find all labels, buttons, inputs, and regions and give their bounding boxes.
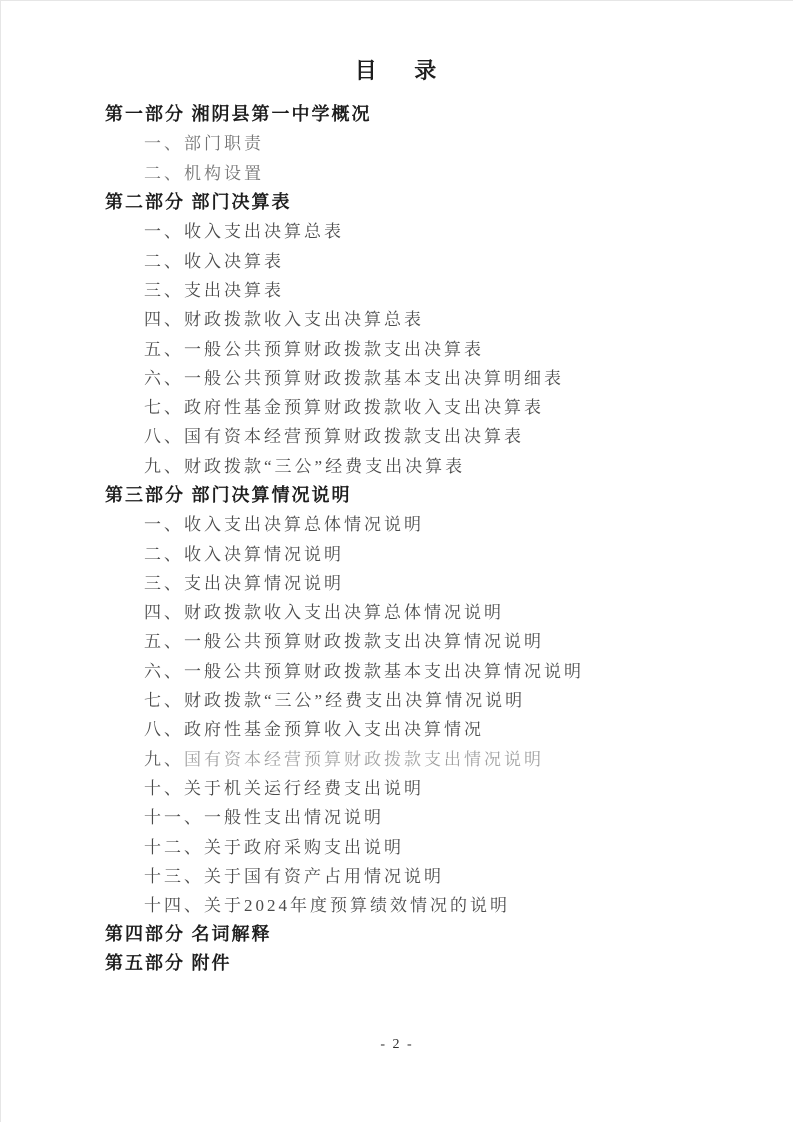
toc-item: 一、收入支出决算总表 [1,215,793,244]
page-title: 目 录 [1,54,793,85]
toc-item: 三、支出决算表 [1,274,793,303]
toc-item-muted: 九、国有资本经营预算财政拨款支出情况说明 [1,743,793,772]
toc-item: 四、财政拨款收入支出决算总表 [1,303,793,332]
toc-section-part4: 第四部分 名词解释 [1,918,793,947]
toc-section-part2: 第二部分 部门决算表 [1,186,793,215]
toc-item: 十三、关于国有资产占用情况说明 [1,860,793,889]
toc-item: 八、国有资本经营预算财政拨款支出决算表 [1,420,793,449]
toc-item: 七、政府性基金预算财政拨款收入支出决算表 [1,391,793,420]
toc-section-part1: 第一部分 湘阴县第一中学概况 [1,98,793,127]
toc-item: 二、机构设置 [1,157,793,186]
toc-item: 十二、关于政府采购支出说明 [1,830,793,859]
document-page: 目 录 第一部分 湘阴县第一中学概况 一、部门职责 二、机构设置 第二部分 部门… [0,0,793,1122]
toc-item: 二、收入决算情况说明 [1,537,793,566]
toc-item: 九、财政拨款“三公”经费支出决算表 [1,450,793,479]
toc-item: 二、收入决算表 [1,244,793,273]
toc-item: 六、一般公共预算财政拨款基本支出决算明细表 [1,362,793,391]
toc-item: 六、一般公共预算财政拨款基本支出决算情况说明 [1,655,793,684]
toc-item: 十、关于机关运行经费支出说明 [1,772,793,801]
toc-item-label: 国有资本经营预算财政拨款支出情况说明 [184,745,544,770]
toc-section-part5: 第五部分 附件 [1,948,793,977]
toc-section-part3: 第三部分 部门决算情况说明 [1,479,793,508]
toc-item: 七、财政拨款“三公”经费支出决算情况说明 [1,684,793,713]
table-of-contents: 第一部分 湘阴县第一中学概况 一、部门职责 二、机构设置 第二部分 部门决算表 … [1,98,793,977]
toc-item: 四、财政拨款收入支出决算总体情况说明 [1,596,793,625]
toc-item: 十四、关于2024年度预算绩效情况的说明 [1,889,793,918]
page-number: - 2 - [1,1037,793,1053]
toc-item: 八、政府性基金预算收入支出决算情况 [1,713,793,742]
toc-item: 三、支出决算情况说明 [1,567,793,596]
toc-item: 一、部门职责 [1,127,793,156]
toc-item: 五、一般公共预算财政拨款支出决算情况说明 [1,625,793,654]
toc-item: 五、一般公共预算财政拨款支出决算表 [1,332,793,361]
toc-item: 十一、一般性支出情况说明 [1,801,793,830]
toc-item: 一、收入支出决算总体情况说明 [1,508,793,537]
toc-item-number: 九、 [144,745,184,770]
